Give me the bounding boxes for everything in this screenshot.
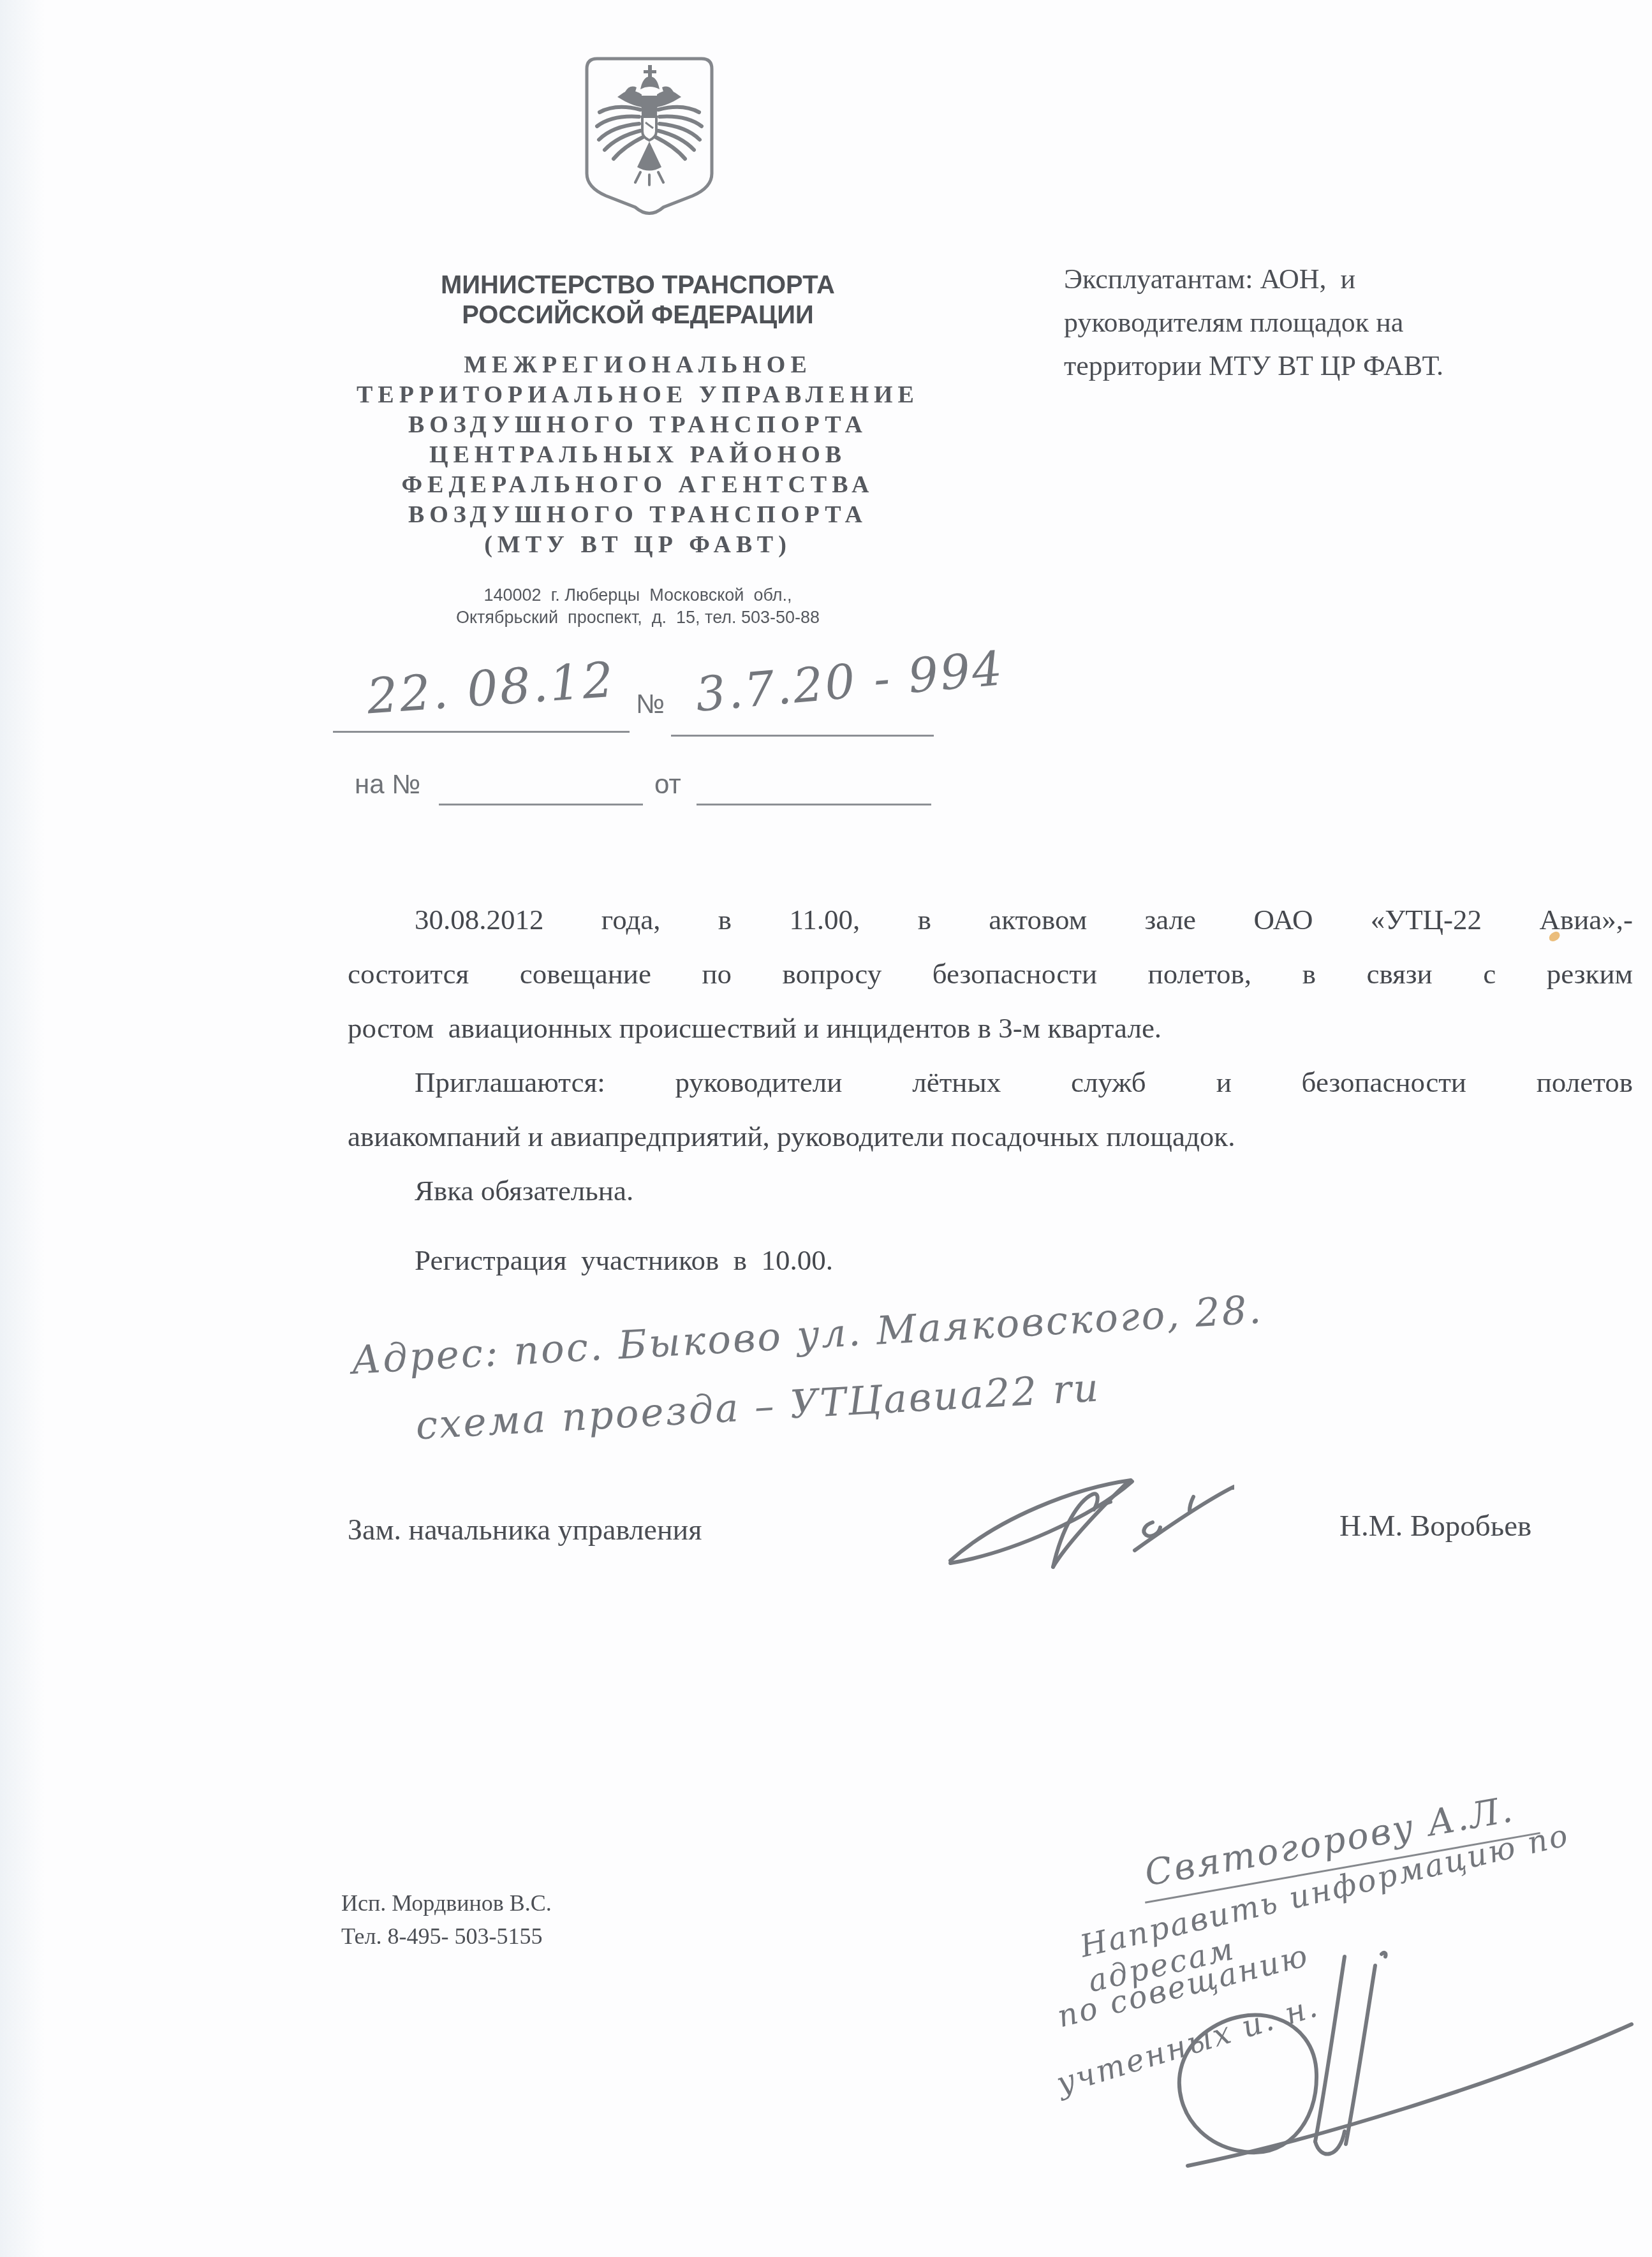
outgoing-number-handwritten: 3.7.20 - 994 <box>693 641 1006 723</box>
scan-edge-shadow <box>0 0 45 2257</box>
handwritten-address-note: Адрес: пос. Быково ул. Маяковского, 28. … <box>350 1276 1269 1464</box>
ministry-name-line1: МИНИСТЕРСТВО ТРАНСПОРТА <box>332 270 944 300</box>
org-name-line: ТЕРРИТОРИАЛЬНОЕ УПРАВЛЕНИЕ <box>332 380 944 410</box>
scanned-letter-page: МИНИСТЕРСТВО ТРАНСПОРТА РОССИЙСКОЙ ФЕДЕР… <box>0 0 1652 2257</box>
recipient-line3: территории МТУ ВТ ЦР ФАВТ. <box>1064 344 1625 388</box>
recipient-block: Эксплуатантам: АОН, и руководителям площ… <box>1064 258 1625 388</box>
outgoing-date-handwritten: 22. 08.12 <box>365 651 617 725</box>
executor-phone: Тел. 8-495- 503-5155 <box>341 1920 552 1953</box>
body-line: 30.08.2012 года, в 11.00, в актовом зале… <box>348 893 1633 947</box>
executor-block: Исп. Мордвинов В.С. Тел. 8-495- 503-5155 <box>341 1886 552 1953</box>
reply-date-underline <box>697 804 931 805</box>
number-underline <box>671 735 934 737</box>
ministry-name-line2: РОССИЙСКОЙ ФЕДЕРАЦИИ <box>332 300 944 330</box>
body-line-registration: Регистрация участников в 10.00. <box>348 1233 1633 1288</box>
letterhead-address-line1: 140002 г. Люберцы Московской обл., <box>332 584 944 607</box>
date-underline <box>333 731 630 733</box>
reply-number-label: на № <box>355 769 420 800</box>
org-name-line: ВОЗДУШНОГО ТРАНСПОРТА <box>332 410 944 440</box>
reply-number-underline <box>439 804 643 805</box>
ministry-name: МИНИСТЕРСТВО ТРАНСПОРТА РОССИЙСКОЙ ФЕДЕР… <box>332 270 944 330</box>
org-name-line: ЦЕНТРАЛЬНЫХ РАЙОНОВ <box>332 440 944 470</box>
org-name-line: ФЕДЕРАЛЬНОГО АГЕНТСТВА <box>332 470 944 500</box>
letter-body: 30.08.2012 года, в 11.00, в актовом зале… <box>348 893 1633 1288</box>
letterhead-address-line2: Октябрьский проспект, д. 15, тел. 503-50… <box>332 607 944 629</box>
executor-name: Исп. Мордвинов В.С. <box>341 1886 552 1920</box>
coat-of-arms-emblem <box>582 55 717 222</box>
signature-scribble <box>928 1464 1234 1598</box>
recipient-line2: руководителям площадок на <box>1064 301 1625 344</box>
resolution-signature-flourish <box>1154 1926 1652 2181</box>
body-line: состоится совещание по вопросу безопасно… <box>348 947 1633 1001</box>
org-name-line: ВОЗДУШНОГО ТРАНСПОРТА <box>332 500 944 530</box>
org-name-line: МЕЖРЕГИОНАЛЬНОЕ <box>332 350 944 380</box>
reply-from-label: от <box>654 769 681 800</box>
number-sign: № <box>636 689 665 719</box>
body-line: ростом авиационных происшествий и инциде… <box>348 1001 1633 1055</box>
signoff-title: Зам. начальника управления <box>348 1513 702 1547</box>
organization-name: МЕЖРЕГИОНАЛЬНОЕ ТЕРРИТОРИАЛЬНОЕ УПРАВЛЕН… <box>332 350 944 560</box>
signoff-name: Н.М. Воробьев <box>1339 1509 1531 1543</box>
body-line: Приглашаются: руководители лётных служб … <box>348 1055 1633 1110</box>
letterhead-address: 140002 г. Люберцы Московской обл., Октяб… <box>332 584 944 629</box>
org-name-line: (МТУ ВТ ЦР ФАВТ) <box>332 530 944 560</box>
body-line: авиакомпаний и авиапредприятий, руководи… <box>348 1110 1633 1164</box>
body-line-attendance: Явка обязательна. <box>348 1164 1633 1218</box>
recipient-line1: Эксплуатантам: АОН, и <box>1064 258 1625 301</box>
